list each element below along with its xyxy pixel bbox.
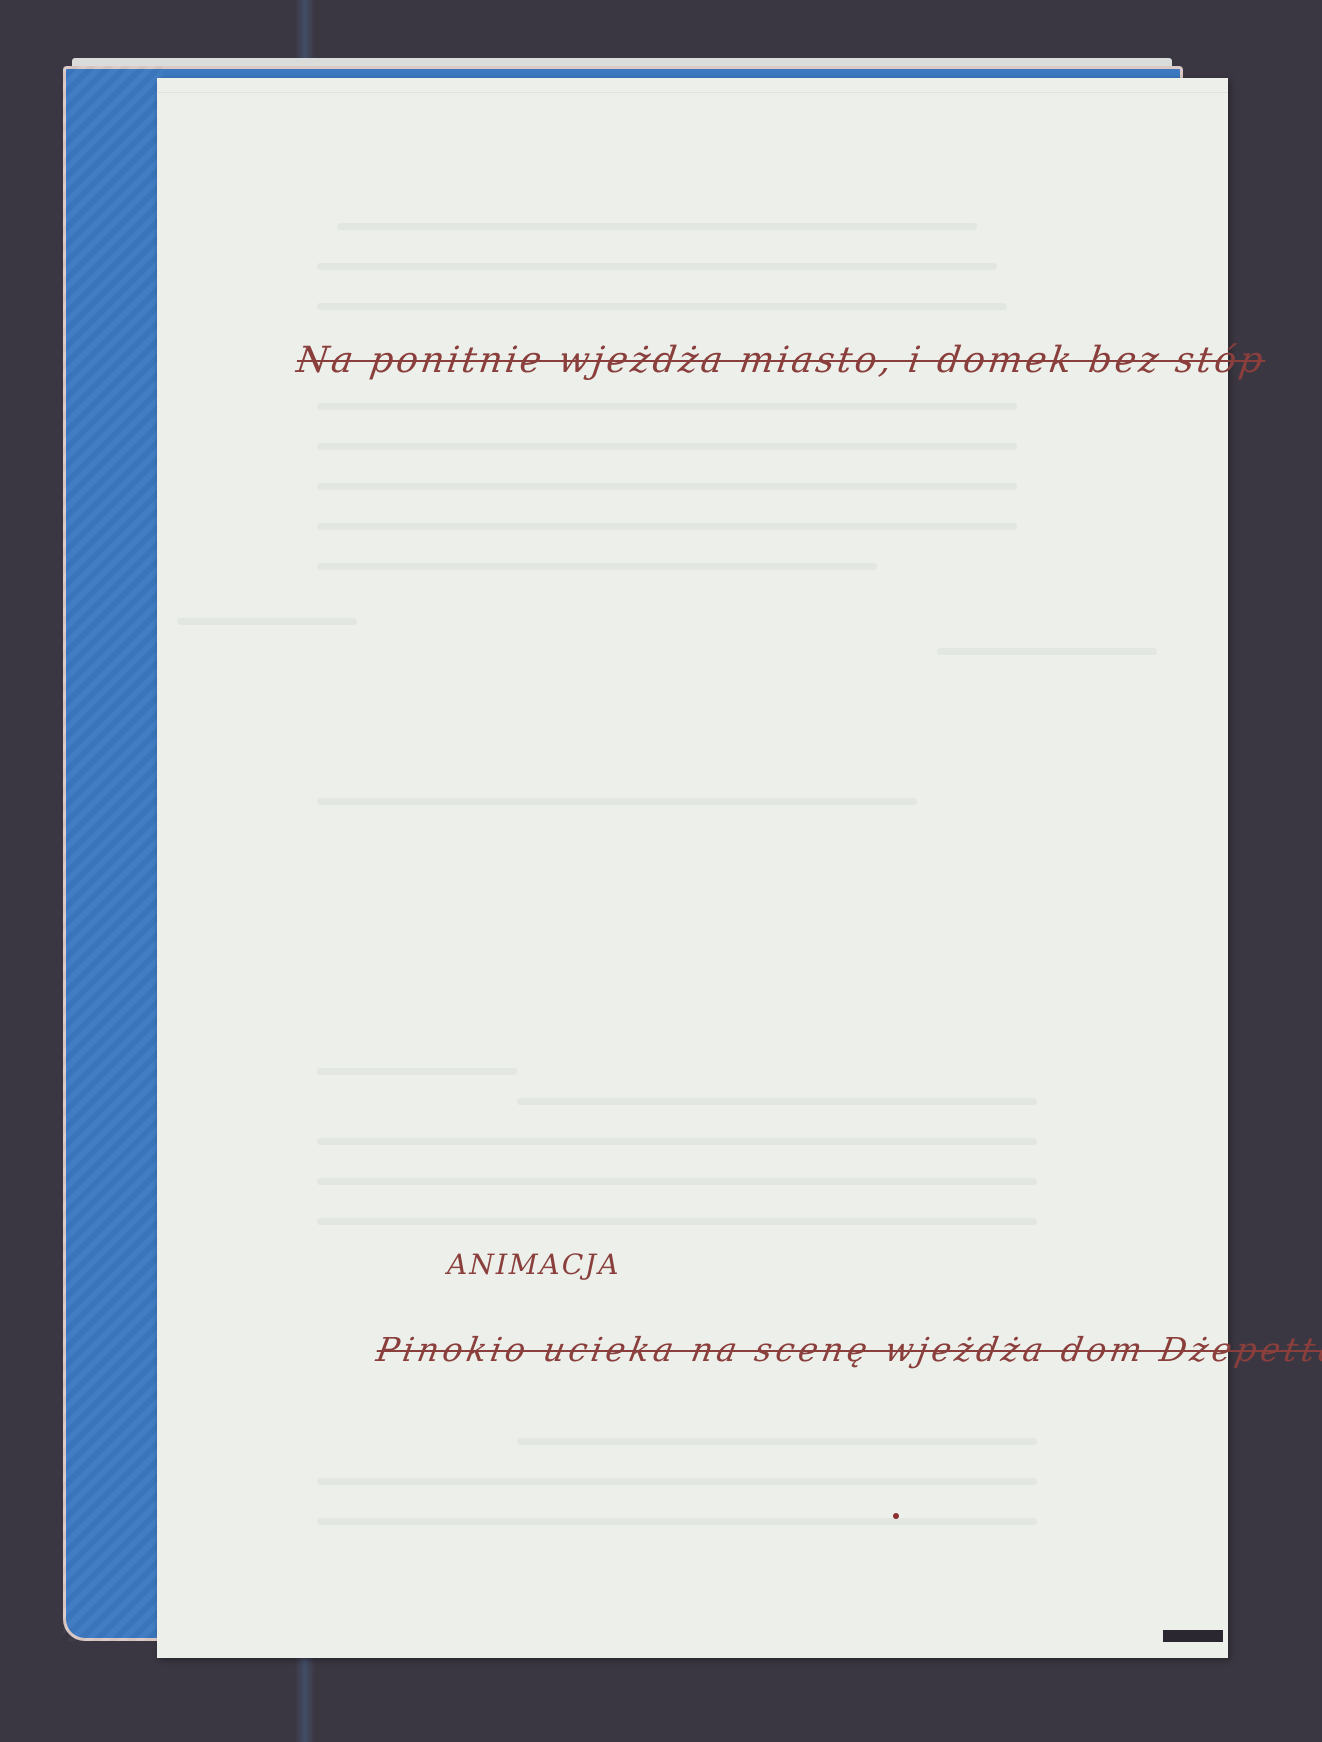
handwritten-struck-line-2: Pinokio ucieka na scenę wjeżdża dom Dżep… [374, 1330, 1322, 1369]
bleed-through-line [177, 618, 357, 625]
bleed-through-line [317, 1178, 1037, 1185]
bleed-through-line [317, 1218, 1037, 1225]
folder-bottom-tab [1163, 1630, 1223, 1642]
bleed-through-line [317, 1068, 517, 1075]
bleed-through-line [317, 303, 1007, 310]
bleed-through-line [317, 1518, 1037, 1525]
folder-texture [63, 66, 163, 1641]
bleed-through-line [517, 1098, 1037, 1105]
paper-page: Na ponitnie wjeżdża miasto, i domek bez … [157, 78, 1228, 1658]
bleed-through-line [517, 1438, 1037, 1445]
bleed-through-line [317, 483, 1017, 490]
bleed-through-line [337, 223, 977, 230]
bleed-through-line [317, 443, 1017, 450]
page-crease [157, 92, 1228, 93]
bleed-through-line [317, 1478, 1037, 1485]
bleed-through-line [317, 523, 1017, 530]
bleed-through-line [317, 563, 877, 570]
bleed-through-line [317, 263, 997, 270]
bleed-through-line [317, 798, 917, 805]
bleed-through-line [937, 648, 1157, 655]
bleed-through-line [317, 1138, 1037, 1145]
ink-dot [893, 1513, 899, 1519]
handwritten-heading-animacja: ANIMACJA [443, 1248, 624, 1281]
handwritten-struck-line-1: Na ponitnie wjeżdża miasto, i domek bez … [294, 340, 1268, 381]
bleed-through-line [317, 403, 1017, 410]
